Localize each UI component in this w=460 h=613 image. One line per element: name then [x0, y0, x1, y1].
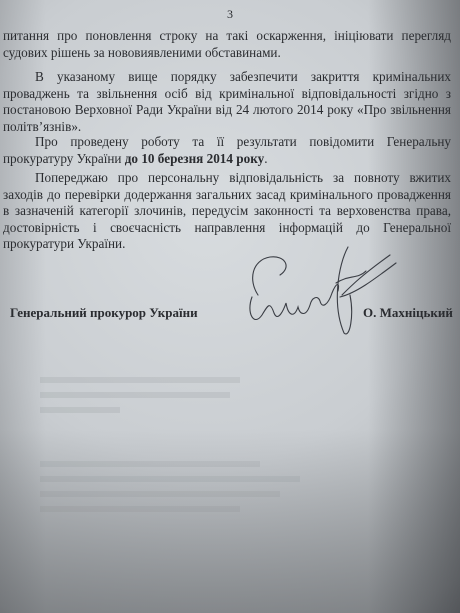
paragraph-3-end: .	[264, 151, 267, 166]
handwritten-signature-icon	[240, 235, 400, 345]
paragraph-1-text: питання про поновлення строку на такі ос…	[3, 28, 451, 60]
page-number: 3	[0, 7, 460, 22]
signatory-name: О. Махніцький	[363, 305, 453, 321]
paragraph-2: В указаному вище порядку забезпечити зак…	[3, 69, 451, 135]
paragraph-3: Про проведену роботу та її результати по…	[3, 134, 451, 167]
signatory-title: Генеральний прокурор України	[10, 305, 198, 321]
deadline-date: до 10 березня 2014 року	[125, 151, 264, 166]
paragraph-2-text: В указаному вище порядку забезпечити зак…	[3, 69, 451, 134]
paragraph-1: питання про поновлення строку на такі ос…	[3, 28, 451, 61]
bleed-through-text	[40, 365, 370, 521]
